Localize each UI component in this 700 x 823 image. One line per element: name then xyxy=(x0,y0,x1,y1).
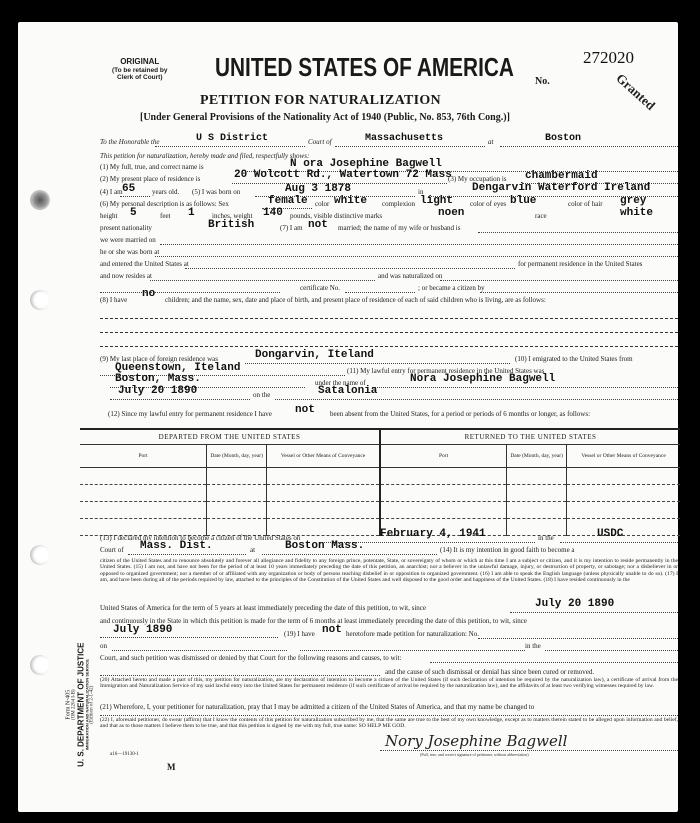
height-label: height xyxy=(100,212,118,220)
court-state: Massachusetts xyxy=(365,133,443,144)
us-since-value: July 20 1890 xyxy=(535,598,614,610)
q7-label: (7) I am xyxy=(280,224,303,232)
col-date: Date (Month, day, year) xyxy=(507,445,567,468)
age-value: 65 xyxy=(122,183,135,195)
feet-label: feet xyxy=(160,212,171,220)
race-label: race xyxy=(535,212,547,220)
state-since-value: July 1890 xyxy=(113,624,172,636)
occupation-value: chambermaid xyxy=(525,170,598,182)
q8-label: (8) I have xyxy=(100,296,127,304)
departed-header: DEPARTED FROM THE UNITED STATES xyxy=(80,429,380,445)
now-resides-label: and now resides at xyxy=(100,272,152,280)
declaration-court-value: USDC xyxy=(597,528,623,540)
q14-label: (14) It is my intention in good faith to… xyxy=(440,546,575,554)
col-vessel: Vessel or Other Means of Conveyance xyxy=(267,445,380,468)
eyes-label: color of eyes xyxy=(470,200,506,208)
q6-label: (6) My personal description is as follow… xyxy=(100,200,229,208)
punch-hole xyxy=(30,655,50,675)
nationality-label: present nationality xyxy=(100,224,152,232)
declaration-date-value: February 4, 1941 xyxy=(380,528,486,540)
q2-label: (2) My present place of residence is xyxy=(100,175,200,183)
punch-hole xyxy=(30,290,50,310)
petition-subtitle: PETITION FOR NATURALIZATION xyxy=(200,93,441,109)
petitioner-signature: Nory Josephine Bagwell xyxy=(385,732,567,750)
petition-intro: This petition for naturalization, hereby… xyxy=(100,152,309,160)
q12-suffix: been absent from the United States, for … xyxy=(330,410,590,418)
certificate-label: certificate No. xyxy=(300,284,340,292)
naturalized-label: and was naturalized on xyxy=(378,272,442,280)
punch-hole xyxy=(30,190,50,210)
q12-label: (12) Since my lawful entry for permanent… xyxy=(108,410,272,418)
table-row xyxy=(80,468,680,485)
col-port: Port xyxy=(80,445,207,468)
q18-line: United States of America for the term of… xyxy=(100,604,426,612)
col-vessel: Vessel or Other Means of Conveyance xyxy=(567,445,680,468)
entered-label: and entered the United States at xyxy=(100,260,189,268)
q1-label: (1) My full, true, and correct name is xyxy=(100,163,204,171)
in-the-label: in the xyxy=(525,642,541,650)
petition-number: 272020 xyxy=(583,48,634,68)
vessel-value: Satalonia xyxy=(318,385,377,397)
children-value: no xyxy=(142,288,155,300)
q5-label: (5) I was born on xyxy=(192,188,240,196)
married-on-label: we were married on xyxy=(100,236,156,244)
on-label: on xyxy=(100,642,107,650)
table-row xyxy=(80,485,680,502)
retained-note: (To be retained by xyxy=(112,67,168,74)
signature-caption: (Full, true, and correct signature of pe… xyxy=(420,752,529,757)
act-line: [Under General Provisions of the Nationa… xyxy=(140,112,510,123)
to-honorable-label: To the Honorable the xyxy=(100,138,159,146)
foreign-residence-value: Dongarvin, Iteland xyxy=(255,349,374,361)
oath-paragraph: citizen of the United States and to reno… xyxy=(100,558,678,583)
age-suffix: years old. xyxy=(152,188,179,196)
height-ft-value: 5 xyxy=(130,207,137,219)
birthplace-value: Dengarvin Waterford Ireland xyxy=(472,182,650,194)
complexion-value: light xyxy=(420,195,453,207)
birth-date-value: Aug 3 1878 xyxy=(285,183,351,195)
q21-paragraph: (21) Wherefore, I, your petitioner for n… xyxy=(100,703,534,711)
court-of-label: Court of xyxy=(308,138,332,146)
cured-line: and the cause of such dismissal or denia… xyxy=(385,668,594,676)
table-row xyxy=(80,502,680,519)
height-in-value: 1 xyxy=(188,207,195,219)
col-port: Port xyxy=(380,445,507,468)
q22-paragraph: (22) I, aforesaid petitioner, do swear (… xyxy=(100,717,678,730)
color-value: white xyxy=(334,195,367,207)
absence-table: DEPARTED FROM THE UNITED STATES RETURNED… xyxy=(80,428,680,536)
number-label: No. xyxy=(535,76,550,87)
entry-name-value: Nora Josephine Bagwell xyxy=(410,373,555,385)
col-date: Date (Month, day, year) xyxy=(207,445,267,468)
original-text: ORIGINAL xyxy=(112,58,168,67)
entry-place-value: Boston, Mass. xyxy=(115,373,201,385)
entry-date-value: July 20 1890 xyxy=(118,385,197,397)
absent-value: not xyxy=(295,404,315,416)
form-side-label: Form N-405 (OM 2204 I-B) U. S. DEPARTMEN… xyxy=(60,640,100,780)
citizen-by-label: ; or became a citizen by xyxy=(418,284,485,292)
mark: M xyxy=(167,762,176,772)
q19-suffix: heretofore made petition for naturalizat… xyxy=(346,630,479,638)
race-value: white xyxy=(620,207,653,219)
sex-value: female xyxy=(268,195,308,207)
children-suffix: children; and the name, sex, date and pl… xyxy=(165,296,546,304)
dismissed-line: Court, and such petition was dismissed o… xyxy=(100,654,401,662)
nationality-value: British xyxy=(208,219,254,231)
court-name: U S District xyxy=(196,133,268,144)
hair-value: grey xyxy=(620,195,646,207)
perm-res-label: for permanent residence in the United St… xyxy=(518,260,642,268)
document-title: UNITED STATES OF AMERICA xyxy=(215,52,514,83)
original-label: ORIGINAL (To be retained by Clerk of Cou… xyxy=(112,58,168,81)
at-label: at xyxy=(250,546,255,554)
prior-petition-value: not xyxy=(322,624,342,636)
married-suffix: married; the name of my wife or husband … xyxy=(338,224,460,232)
court-city: Boston xyxy=(545,133,581,144)
retained-note: Clerk of Court) xyxy=(112,74,168,81)
at-label: at xyxy=(488,138,493,146)
residence-value: 20 Wolcott Rd., Watertown 72 Mass xyxy=(234,169,452,181)
eyes-value: blue xyxy=(510,195,536,207)
q20-paragraph: (20) Attached hereto and made a part of … xyxy=(100,677,678,690)
q19-label: (19) I have xyxy=(284,630,315,638)
marks-label: pounds, visible distinctive marks xyxy=(290,212,382,220)
returned-header: RETURNED TO THE UNITED STATES xyxy=(380,429,680,445)
print-code: a16—19130-1 xyxy=(110,752,139,757)
q4-label: (4) I am xyxy=(100,188,123,196)
married-status-value: not xyxy=(308,219,328,231)
weight-value: 140 xyxy=(263,207,283,219)
complexion-label: complexion xyxy=(382,200,415,208)
declaration-court-of-value: Mass. Dist. xyxy=(140,540,213,552)
marks-value: noen xyxy=(438,207,464,219)
punch-hole xyxy=(30,545,50,565)
born-at-label: he or she was born at xyxy=(100,248,159,256)
hair-label: color of hair xyxy=(568,200,603,208)
in-the-label: in the xyxy=(538,534,554,542)
color-label: color xyxy=(315,200,329,208)
edition: (Edition of 2-1-42) xyxy=(89,635,94,775)
on-the-label: on the xyxy=(253,391,270,399)
declaration-place-value: Boston Mass. xyxy=(285,540,364,552)
q10-label: (10) I emigrated to the United States fr… xyxy=(515,355,633,363)
court-of-label: Court of xyxy=(100,546,124,554)
